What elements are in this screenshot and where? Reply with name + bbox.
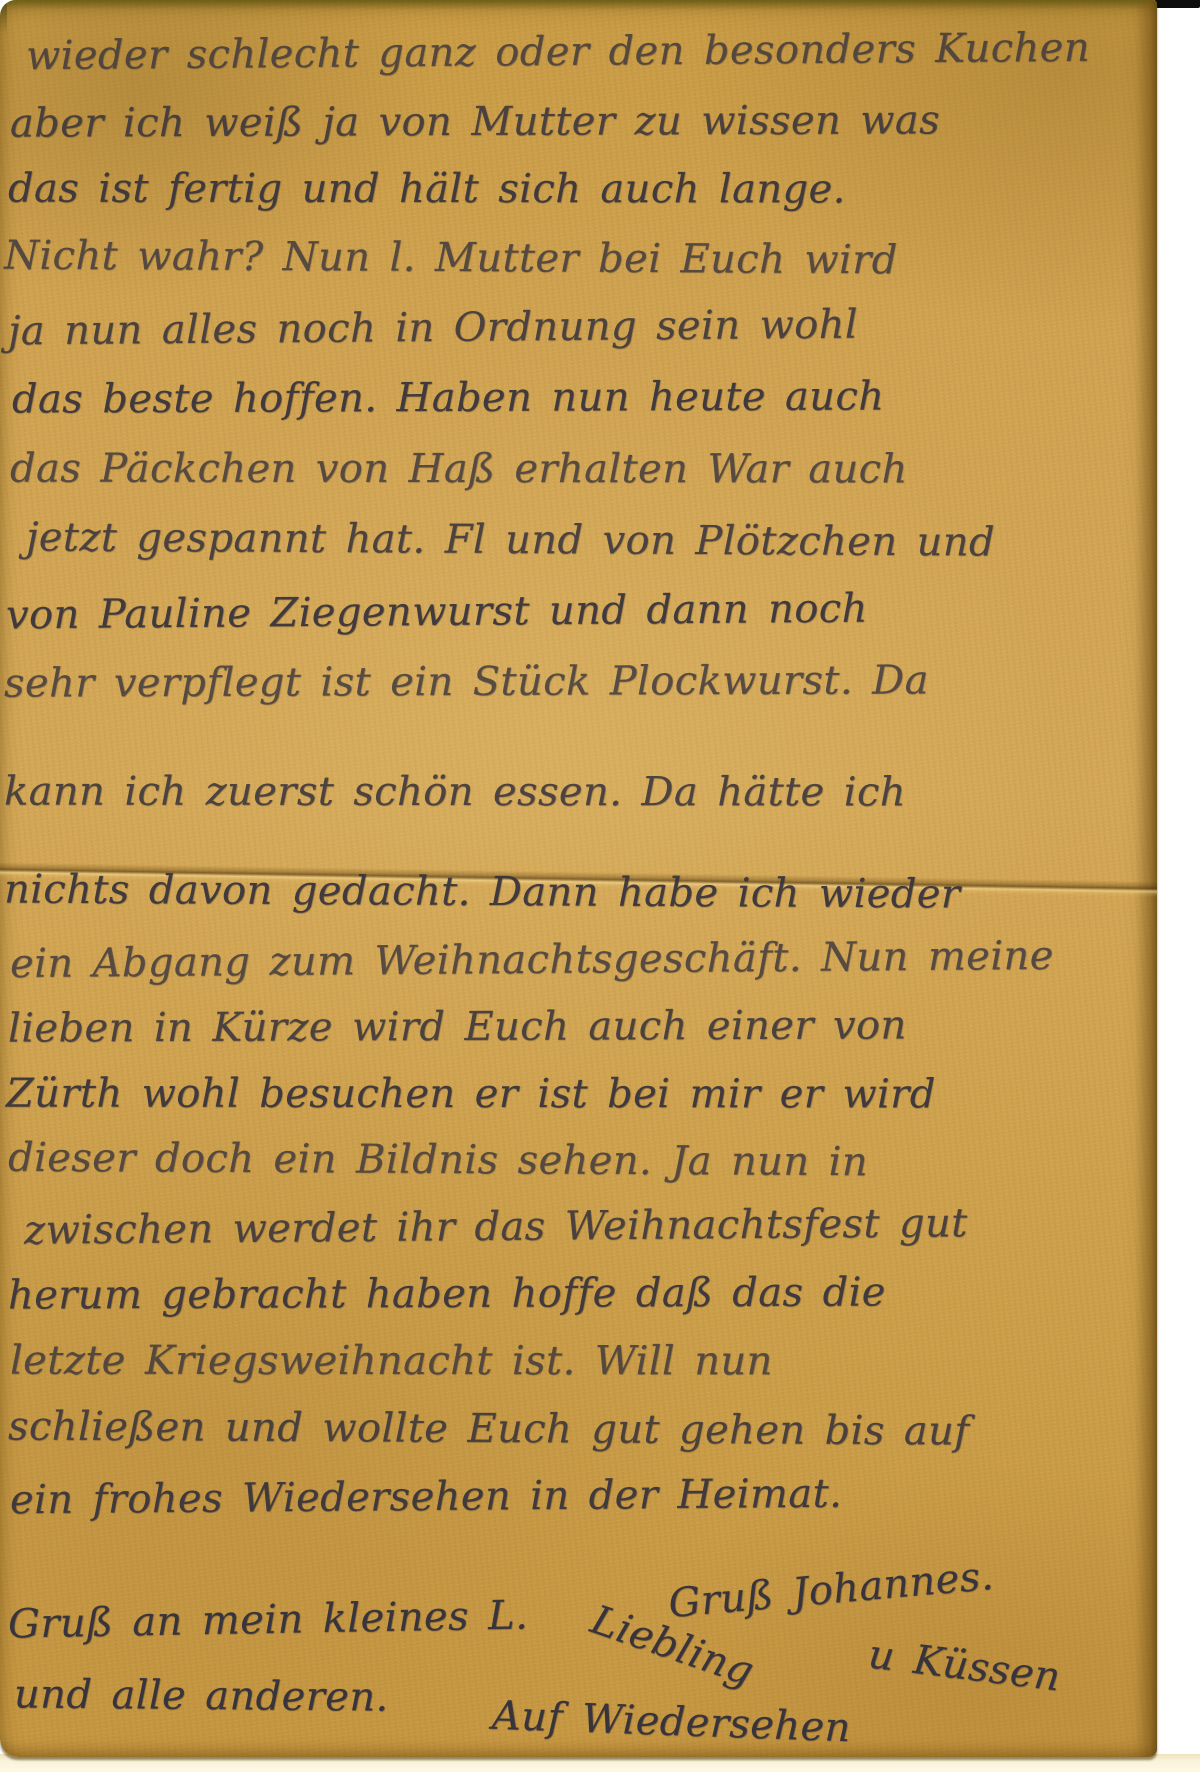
handwriting-line: ein Abgang zum Weihnachtsgeschäft. Nun m… bbox=[10, 932, 1054, 988]
handwriting-line: lieben in Kürze wird Euch auch einer von bbox=[8, 1001, 907, 1052]
handwritten-text-block: wieder schlecht ganz oder den besonders … bbox=[0, 0, 1157, 1757]
scanner-edge-mark bbox=[1155, 0, 1200, 8]
handwriting-line: Nicht wahr? Nun l. Mutter bei Euch wird bbox=[4, 232, 898, 285]
handwriting-line: herum gebracht haben hoffe daß das die bbox=[8, 1268, 886, 1319]
handwriting-line: von Pauline Ziegenwurst und dann noch bbox=[6, 585, 868, 640]
handwriting-line: letzte Kriegsweihnacht ist. Will nun bbox=[10, 1337, 773, 1386]
closing-greeting-left: Gruß an mein kleines L. bbox=[8, 1591, 529, 1648]
handwriting-line: wieder schlecht ganz oder den besonders … bbox=[26, 24, 1090, 80]
handwriting-line: ein frohes Wiedersehen in der Heimat. bbox=[10, 1470, 842, 1525]
handwriting-line: ja nun alles noch in Ordnung sein wohl bbox=[8, 301, 858, 356]
handwriting-line: das ist fertig und hält sich auch lange. bbox=[8, 165, 846, 214]
letter-paper: wieder schlecht ganz oder den besonders … bbox=[0, 0, 1157, 1757]
handwriting-line: kann ich zuerst schön essen. Da hätte ic… bbox=[4, 768, 906, 817]
handwriting-line: aber ich weiß ja von Mutter zu wissen wa… bbox=[10, 96, 940, 147]
handwriting-line: Zürth wohl besuchen er ist bei mir er wi… bbox=[6, 1070, 936, 1119]
closing-greeting-left-2: und alle anderen. bbox=[14, 1670, 389, 1721]
handwriting-line: sehr verpflegt ist ein Stück Plockwurst.… bbox=[4, 656, 929, 707]
handwriting-line: dieser doch ein Bildnis sehen. Ja nun in bbox=[8, 1134, 868, 1187]
handwriting-line: jetzt gespannt hat. Fl und von Plötzchen… bbox=[26, 513, 995, 566]
handwriting-line: nichts davon gedacht. Dann habe ich wied… bbox=[4, 865, 961, 918]
handwriting-line: schließen und wollte Euch gut gehen bis … bbox=[8, 1402, 970, 1455]
scanned-letter: wieder schlecht ganz oder den besonders … bbox=[0, 0, 1200, 1772]
handwriting-line: das beste hoffen. Haben nun heute auch bbox=[12, 372, 885, 423]
handwriting-line: das Päckchen von Haß erhalten War auch bbox=[10, 445, 908, 494]
handwriting-line: zwischen werdet ihr das Weihnachtsfest g… bbox=[24, 1199, 968, 1254]
